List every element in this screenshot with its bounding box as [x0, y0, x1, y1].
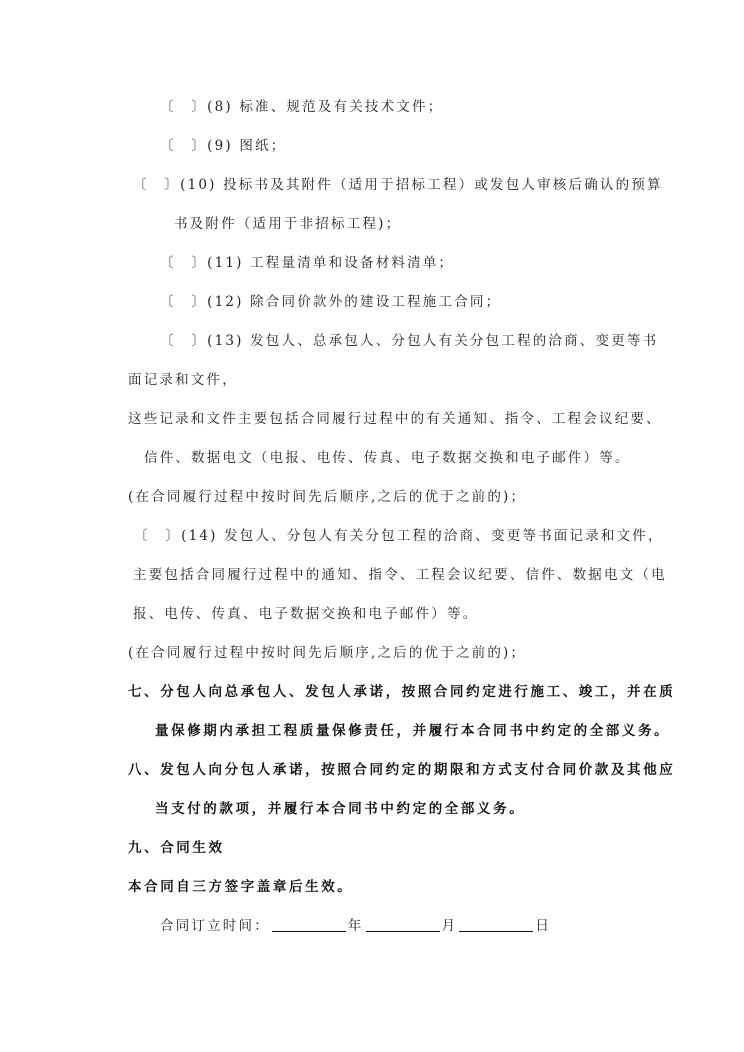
clause-item-12: 〔 〕(12) 除合同价款外的建设工程施工合同； — [160, 292, 501, 312]
section-8: 八、发包人向分包人承诺，按照合同约定的期限和方式支付合同价款及其他应 — [128, 760, 675, 780]
clause-item-14: 〔 〕(14) 发包人、分包人有关分包工程的洽商、变更等书面记录和文件， — [134, 526, 664, 546]
clause-item-14-cont2: 报、电传、传真、电子数据交换和电子邮件）等。 — [133, 604, 478, 624]
section-9-body: 本合同自三方签字盖章后生效。 — [128, 877, 353, 897]
clause-item-9: 〔 〕(9) 图纸； — [160, 136, 286, 156]
section-7: 七、分包人向总承包人、发包人承诺，按照合同约定进行施工、竣工，并在质 — [128, 682, 675, 702]
clause-item-14-cont: 主要包括合同履行过程中的通知、指令、工程会议纪要、信件、数据电文（电 — [133, 565, 667, 585]
clause-item-13: 〔 〕(13) 发包人、总承包人、分包人有关分包工程的洽商、变更等书 — [160, 331, 658, 351]
clause-item-13-detail: 这些记录和文件主要包括合同履行过程中的有关通知、指令、工程会议纪要、 — [128, 409, 662, 429]
clause-item-14-note: (在合同履行过程中按时间先后顺序,之后的优于之前的)； — [128, 643, 526, 663]
clause-item-13-cont: 面记录和文件， — [128, 370, 238, 390]
section-7-cont: 量保修期内承担工程质量保修责任，并履行本合同书中约定的全部义务。 — [155, 721, 670, 741]
clause-item-13-detail-cont: 信件、数据电文（电报、电传、传真、电子数据交换和电子邮件）等。 — [144, 448, 631, 468]
clause-item-10: 〔 〕(10) 投标书及其附件（适用于招标工程）或发包人审核后确认的预算 — [133, 175, 663, 195]
year-blank[interactable] — [272, 917, 346, 932]
month-blank[interactable] — [366, 917, 440, 932]
clause-item-8: 〔 〕(8) 标准、规范及有关技术文件； — [160, 97, 443, 117]
signing-date-row: 合同订立时间：年月日 — [160, 916, 551, 936]
day-label: 日 — [535, 918, 551, 934]
day-blank[interactable] — [459, 917, 533, 932]
signing-date-label: 合同订立时间： — [160, 918, 270, 934]
clause-item-11: 〔 〕(11) 工程量清单和设备材料清单； — [160, 253, 454, 273]
month-label: 月 — [442, 918, 458, 934]
clause-item-13-note: (在合同履行过程中按时间先后顺序,之后的优于之前的)； — [128, 487, 526, 507]
year-label: 年 — [348, 918, 364, 934]
clause-item-10-cont: 书及附件（适用于非招标工程)； — [174, 214, 401, 234]
section-8-cont: 当支付的款项，并履行本合同书中约定的全部义务。 — [155, 799, 525, 819]
section-9-heading: 九、合同生效 — [128, 838, 225, 858]
